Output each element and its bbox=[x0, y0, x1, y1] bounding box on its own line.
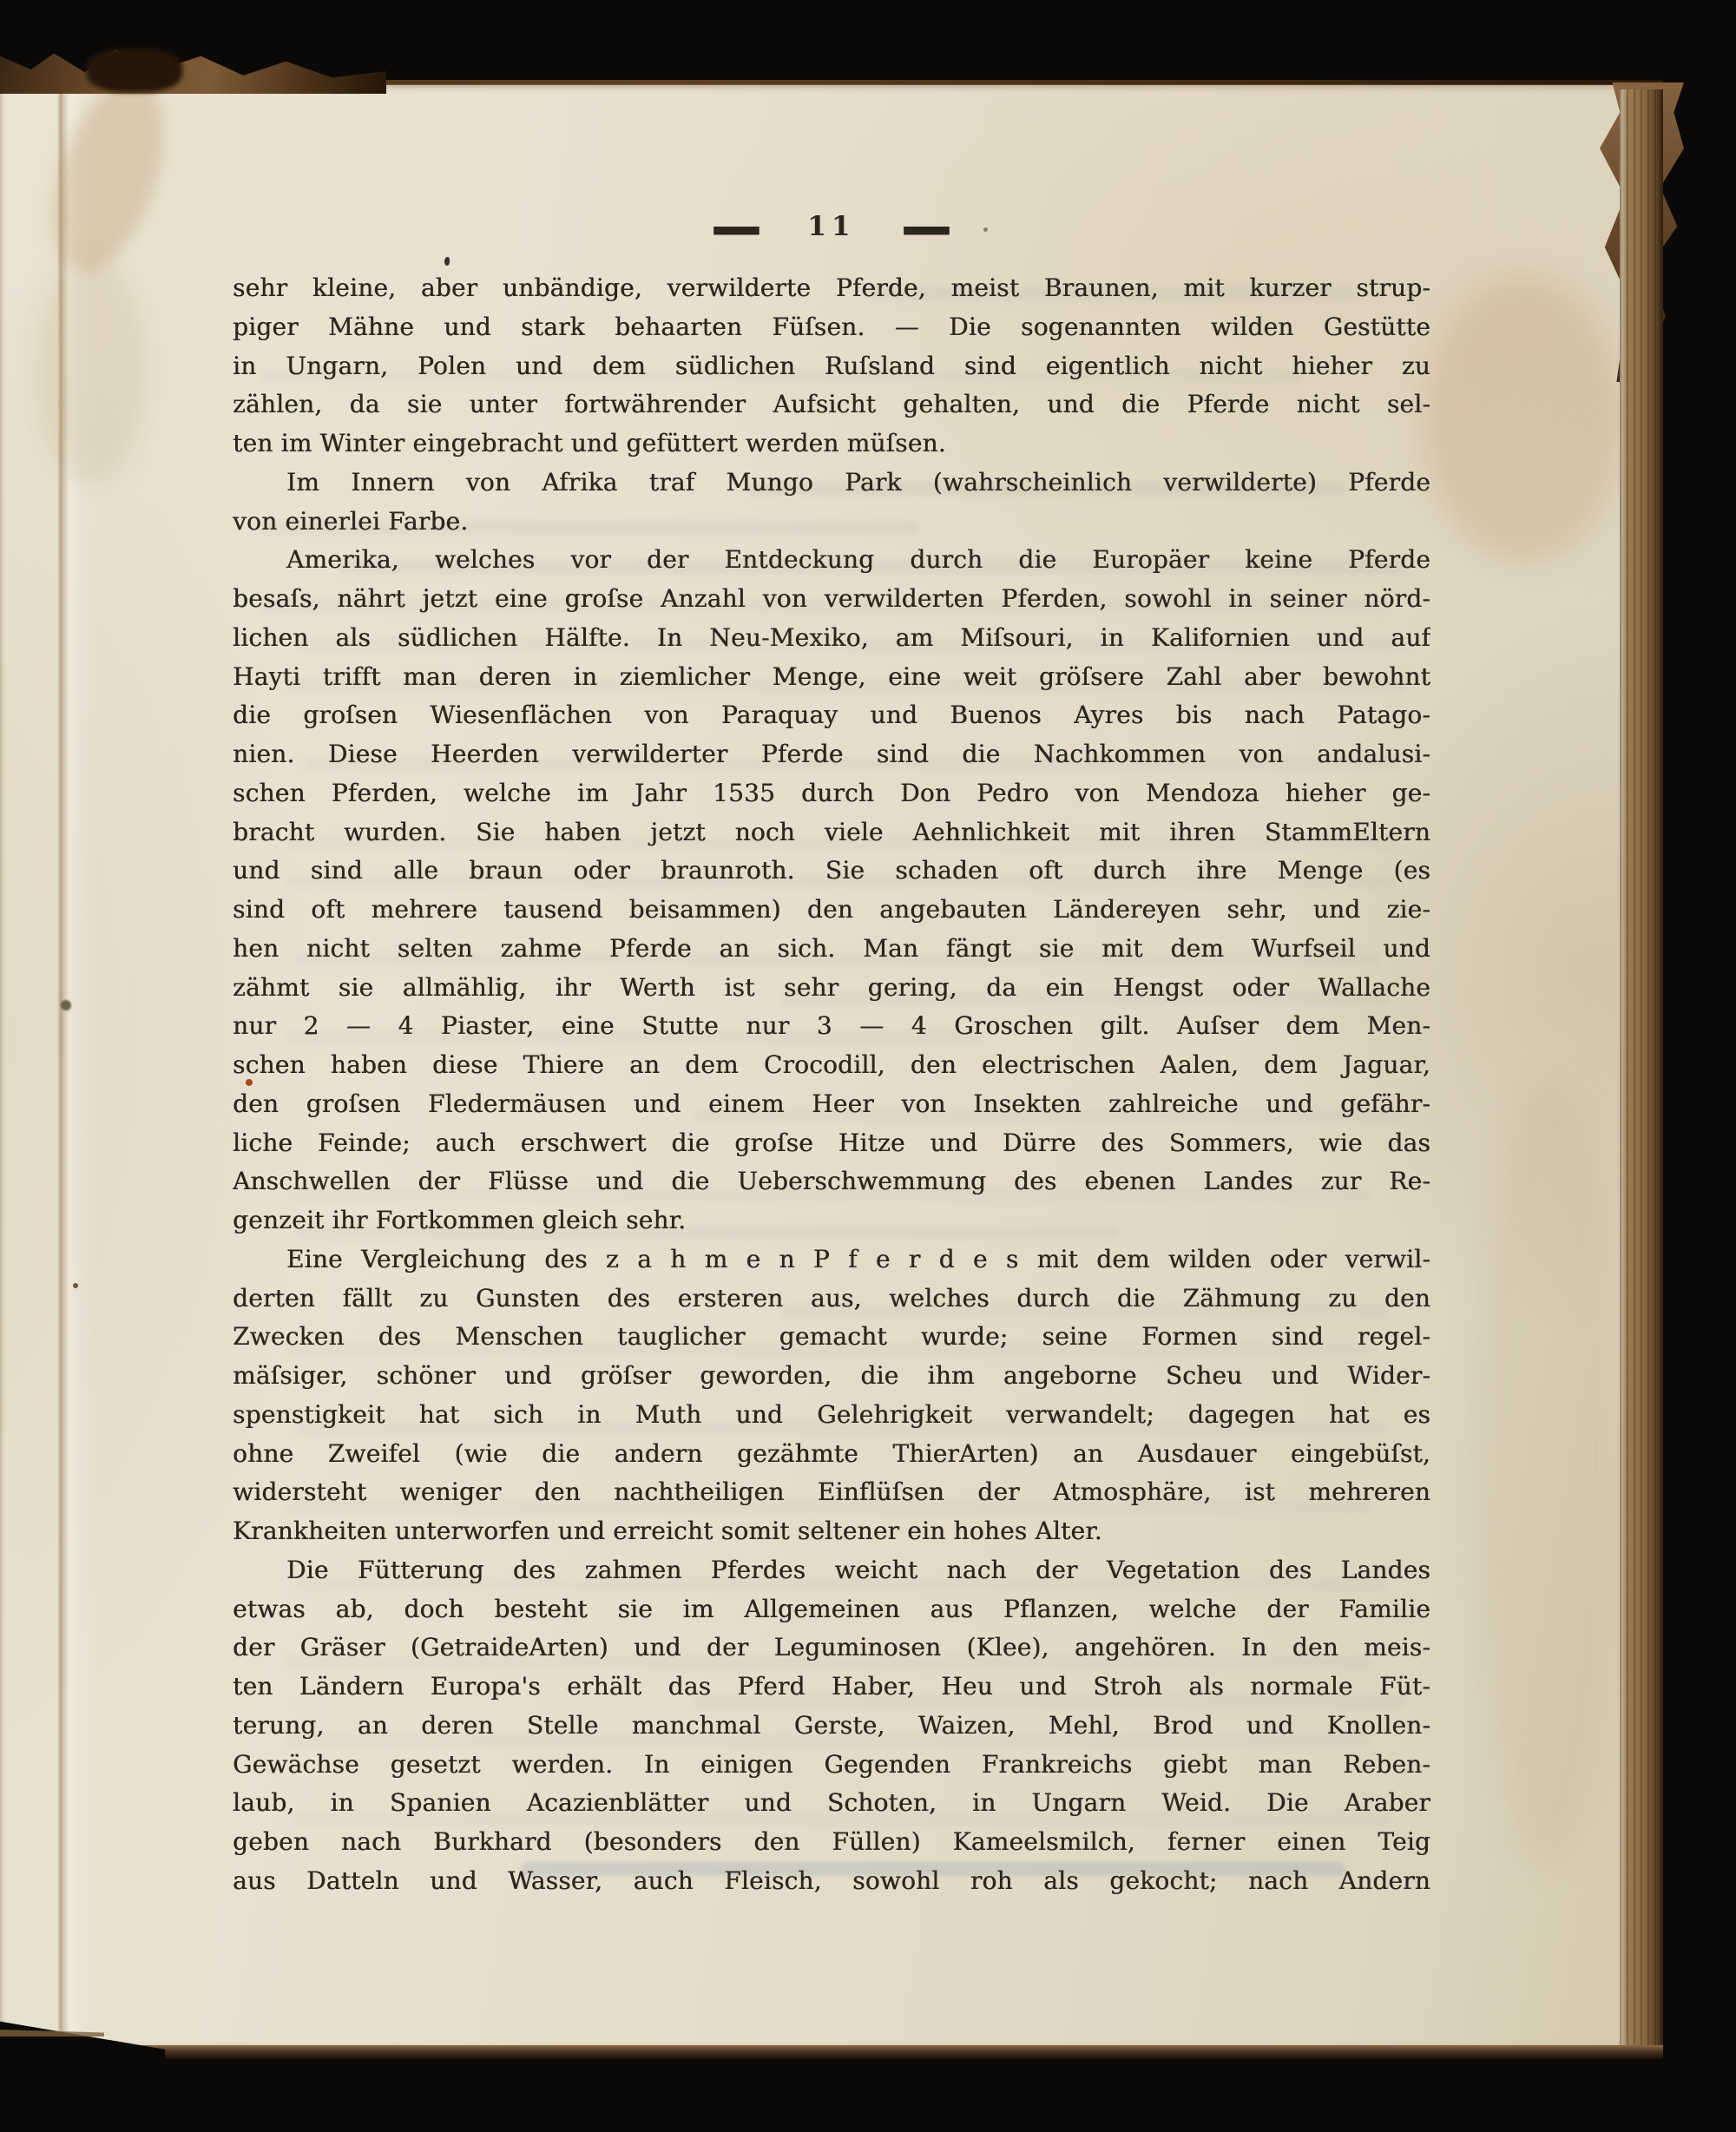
text-line: besaſs, nährt jetzt eine groſse Anzahl v… bbox=[233, 580, 1430, 619]
text-line: Krankheiten unterworfen und erreicht som… bbox=[233, 1512, 1430, 1551]
book-scan: — 11 — sehr kleine, aber unbändige, verw… bbox=[0, 0, 1736, 2132]
text-line: und sind alle braun oder braunroth. Sie … bbox=[233, 852, 1430, 891]
torn-binding-corner bbox=[87, 49, 182, 92]
text-line: nur 2 — 4 Piaster, eine Stutte nur 3 — 4… bbox=[233, 1007, 1430, 1046]
text-line: die groſsen Wiesenflächen von Paraquay u… bbox=[233, 696, 1430, 735]
text-line: Hayti trifft man deren in ziemlicher Men… bbox=[233, 658, 1430, 697]
text-line: sehr kleine, aber unbändige, verwilderte… bbox=[233, 269, 1430, 308]
text-line: der Gräser (GetraideArten) und der Legum… bbox=[233, 1629, 1430, 1668]
text-line: aus Datteln und Wasser, auch Fleisch, so… bbox=[233, 1862, 1430, 1901]
water-stain bbox=[1424, 275, 1623, 562]
header-dash-right: — bbox=[901, 186, 952, 267]
water-stain bbox=[1476, 1082, 1623, 1864]
text-line: piger Mähne und stark behaarten Füſsen. … bbox=[233, 308, 1430, 347]
text-line: von einerlei Farbe. bbox=[233, 503, 1430, 542]
text-line: Eine Vergleichung des z a h m e n P f e … bbox=[233, 1240, 1430, 1280]
text-line: den groſsen Fledermäusen und einem Heer … bbox=[233, 1085, 1430, 1124]
torn-binding-corner bbox=[0, 40, 386, 94]
text-line: Zwecken des Menschen tauglicher gemacht … bbox=[233, 1318, 1430, 1357]
ink-speck bbox=[983, 227, 988, 232]
ink-speck bbox=[444, 257, 450, 266]
text-line: sind oft mehrere tausend beisammen) den … bbox=[233, 891, 1430, 930]
text-line: Anschwellen der Flüsse und die Ueberschw… bbox=[233, 1162, 1430, 1201]
text-line: zähmt sie allmählig, ihr Werth ist sehr … bbox=[233, 969, 1430, 1008]
text-line: bracht wurden. Sie haben jetzt noch viel… bbox=[233, 813, 1430, 852]
text-line: spenstigkeit hat sich in Muth und Gelehr… bbox=[233, 1396, 1430, 1435]
text-line: hen nicht selten zahme Pferde an sich. M… bbox=[233, 930, 1430, 969]
page-header: — 11 — bbox=[233, 211, 1430, 254]
gutter-crease bbox=[57, 84, 97, 2051]
water-stain bbox=[32, 66, 185, 286]
text-line: mäſsiger, schöner und gröſser geworden, … bbox=[233, 1357, 1430, 1396]
text-line: laub, in Spanien Acazienblätter und Scho… bbox=[233, 1784, 1430, 1823]
header-dash-left: — bbox=[711, 186, 762, 267]
text-line: Die Fütterung des zahmen Pferdes weicht … bbox=[233, 1551, 1430, 1590]
text-line: ohne Zweifel (wie die andern gezähmte Th… bbox=[233, 1435, 1430, 1474]
text-line: schen haben diese Thiere an dem Crocodil… bbox=[233, 1046, 1430, 1085]
book-fore-edge bbox=[1620, 89, 1663, 2051]
text-line: geben nach Burkhard (besonders den Fülle… bbox=[233, 1823, 1430, 1862]
page-number: 11 bbox=[807, 211, 855, 242]
ink-speck bbox=[61, 1000, 71, 1010]
text-line: genzeit ihr Fortkommen gleich sehr. bbox=[233, 1201, 1430, 1240]
text-line: ten Ländern Europa's erhält das Pferd Ha… bbox=[233, 1668, 1430, 1707]
text-line: zählen, da sie unter fortwährender Aufsi… bbox=[233, 385, 1430, 424]
text-line: widersteht weniger den nachtheiligen Ein… bbox=[233, 1473, 1430, 1512]
text-line: nien. Diese Heerden verwilderter Pferde … bbox=[233, 735, 1430, 774]
text-line: Amerika, welches vor der Entdeckung durc… bbox=[233, 541, 1430, 580]
text-line: Gewächse gesetzt werden. In einigen Gege… bbox=[233, 1746, 1430, 1785]
text-line: in Ungarn, Polen und dem südlichen Ruſsl… bbox=[233, 347, 1430, 386]
text-line: liche Feinde; auch erschwert die groſse … bbox=[233, 1124, 1430, 1163]
text-line: Im Innern von Afrika traf Mungo Park (wa… bbox=[233, 464, 1430, 503]
page-bottom-edge bbox=[0, 2045, 1663, 2059]
text-line: etwas ab, doch besteht sie im Allgemeine… bbox=[233, 1590, 1430, 1629]
ink-speck bbox=[73, 1283, 78, 1288]
text-line: lichen als südlichen Hälfte. In Neu-Mexi… bbox=[233, 619, 1430, 658]
text-line: terung, an deren Stelle manchmal Gerste,… bbox=[233, 1707, 1430, 1746]
page-text: sehr kleine, aber unbändige, verwilderte… bbox=[233, 269, 1430, 1901]
text-line: derten fällt zu Gunsten des ersteren aus… bbox=[233, 1280, 1430, 1319]
text-line: ten im Winter eingebracht und gefüttert … bbox=[233, 424, 1430, 464]
text-line: schen Pferden, welche im Jahr 1535 durch… bbox=[233, 774, 1430, 813]
ink-speck bbox=[246, 1079, 253, 1086]
